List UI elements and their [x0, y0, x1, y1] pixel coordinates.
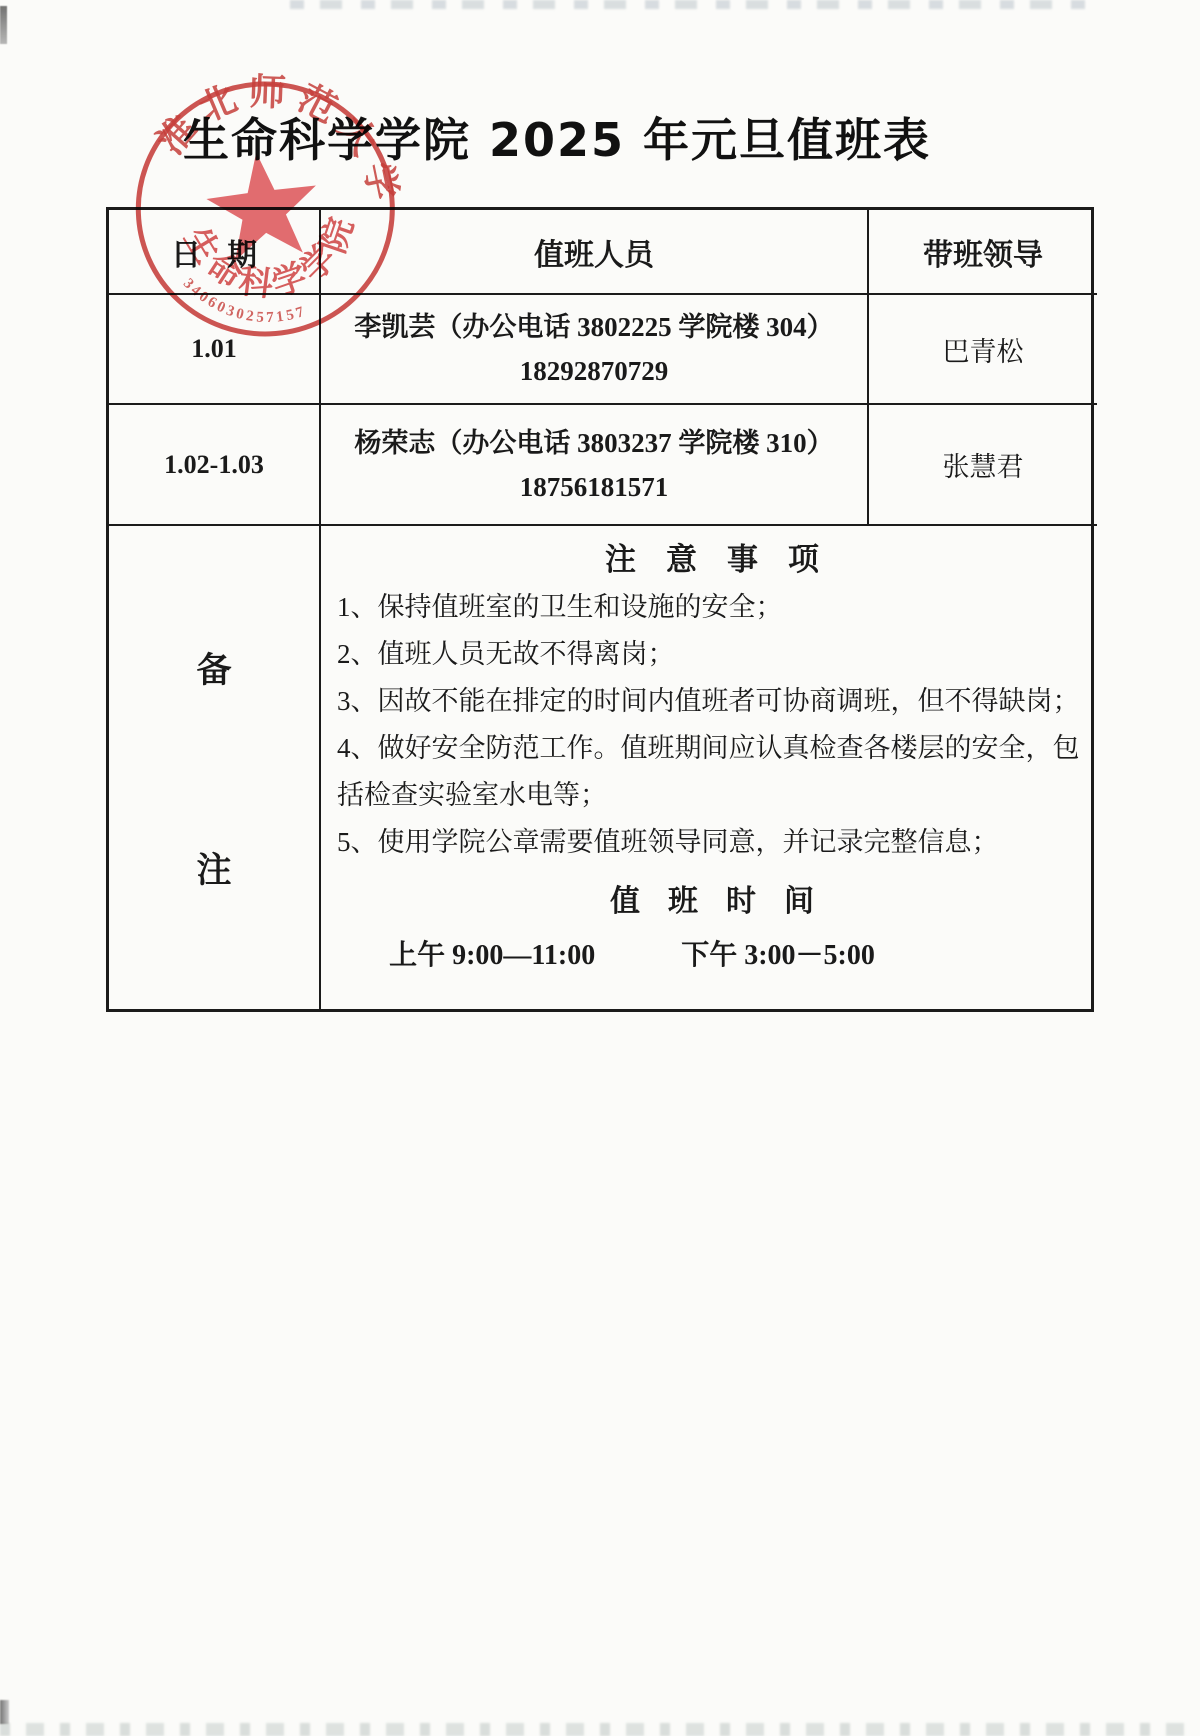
duty-time-morning: 上午 9:00—11:00: [389, 940, 595, 971]
table-row-leader: 巴青松: [869, 295, 1097, 405]
notes-cell: 注意事项 1、保持值班室的卫生和设施的安全； 2、值班人员无故不得离岗； 3、因…: [321, 526, 1097, 1009]
scan-artifact-bottom-left: [0, 1700, 9, 1724]
table-row-leader: 张慧君: [869, 405, 1097, 526]
remarks-label-cell: 备 注: [109, 526, 321, 1009]
note-item-2: 2、值班人员无故不得离岗；: [337, 631, 1087, 678]
note-item-1: 1、保持值班室的卫生和设施的安全；: [337, 584, 1087, 631]
person-office-line: 杨荣志（办公电话 3803237 学院楼 310）: [354, 421, 833, 465]
remarks-char-bei: 备: [196, 643, 231, 693]
person-mobile-line: 18292870729: [520, 349, 669, 393]
person-mobile-line: 18756181571: [520, 465, 669, 509]
person-office-line: 李凯芸（办公电话 3802225 学院楼 304）: [354, 305, 833, 349]
table-header-leader: 带班领导: [869, 210, 1097, 295]
note-item-3: 3、因故不能在排定的时间内值班者可协商调班，但不得缺岗；: [337, 678, 1087, 725]
note-item-5: 5、使用学院公章需要值班领导同意，并记录完整信息；: [337, 819, 1087, 866]
note-item-4: 4、做好安全防范工作。值班期间应认真检查各楼层的安全，包括检查实验室水电等；: [337, 725, 1087, 819]
scan-artifact-bottom-edge: [0, 1723, 1200, 1736]
scan-artifact-top-edge: [290, 0, 1100, 9]
notes-heading: 注意事项: [337, 536, 1087, 584]
table-row-date: 1.02-1.03: [109, 405, 321, 526]
remarks-char-zhu: 注: [196, 843, 231, 893]
scanned-duty-roster-page: 生命科学学院 2025 年元旦值班表 日期 值班人员 带班领导 1.01 李凯芸…: [0, 0, 1200, 1736]
duty-times-line: 上午 9:00—11:00下午 3:00－5:00: [337, 936, 927, 976]
duty-time-heading: 值班时间: [337, 880, 1087, 924]
scan-artifact-top-left: [0, 6, 7, 44]
table-row-person: 杨荣志（办公电话 3803237 学院楼 310） 18756181571: [321, 405, 869, 526]
official-seal-stamp: 淮北师范大学 生命科学学院 3406030257157: [121, 53, 407, 346]
duty-time-afternoon: 下午 3:00－5:00: [681, 940, 875, 971]
